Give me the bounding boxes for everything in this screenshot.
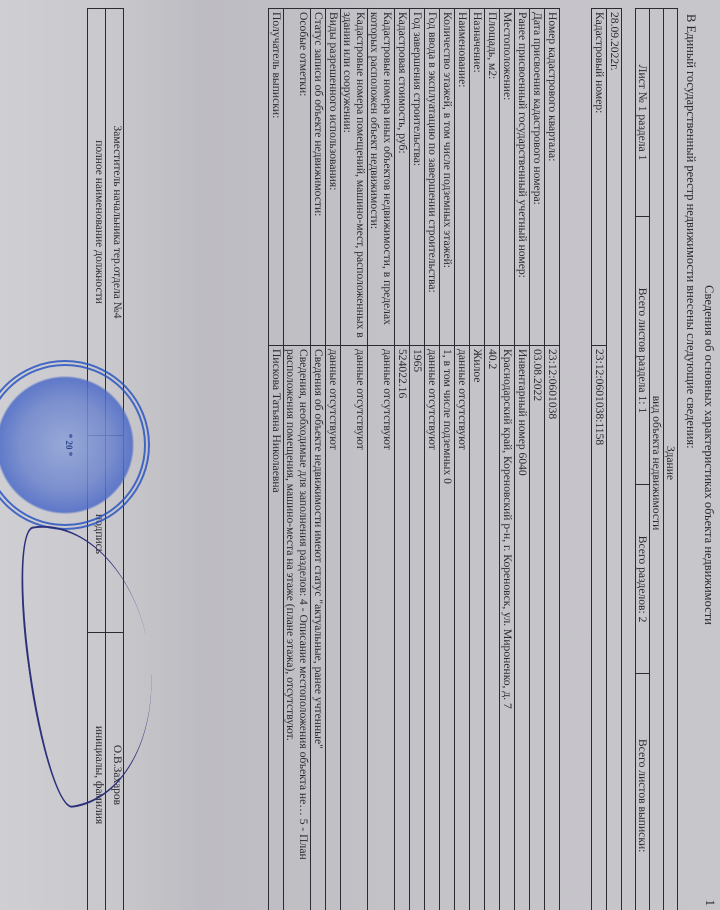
- sheet-number: Лист № 1 раздела 1: [636, 9, 650, 217]
- object-type-table: Здание вид объекта недвижимости Лист № 1…: [635, 8, 678, 910]
- object-type: Здание: [664, 9, 678, 910]
- row-value: 03.08.2022: [530, 346, 545, 910]
- row-value: 1965: [410, 346, 425, 910]
- row-label: Особые отметки:: [284, 9, 311, 346]
- row-label: Наименование:: [455, 9, 470, 346]
- row-value: 524022.16: [395, 346, 410, 910]
- table-row: Статус записи об объекте недвижимости:Св…: [311, 9, 326, 910]
- row-label: Кадастровые номера иных объектов недвижи…: [368, 9, 395, 346]
- table-row: Ранее присвоенный государственный учетны…: [515, 9, 530, 910]
- cadastral-number-label: Кадастровый номер:: [592, 9, 607, 346]
- row-label: Год ввода в эксплуатацию по завершении с…: [425, 9, 440, 346]
- table-row: Назначение:Жилое: [470, 9, 485, 910]
- total-sections: Всего разделов: 2: [636, 484, 650, 673]
- row-value: Инвентарный номер 6040: [515, 346, 530, 910]
- table-row: Номер кадастрового квартала:23:12:060103…: [545, 9, 560, 910]
- total-sheets-section: Всего листов раздела 1: 1: [636, 216, 650, 484]
- table-row: Год ввода в эксплуатацию по завершении с…: [425, 9, 440, 910]
- row-value: данные отсутствуют: [326, 346, 341, 910]
- row-value: 40.2: [485, 346, 500, 910]
- row-value: Пискова Татьяна Николаевна: [269, 346, 284, 910]
- row-label: Ранее присвоенный государственный учетны…: [515, 9, 530, 346]
- object-type-caption: вид объекта недвижимости: [650, 9, 664, 910]
- header-table: 28.09.2022г. Кадастровый номер: 23:12:06…: [591, 8, 622, 910]
- row-label: Назначение:: [470, 9, 485, 346]
- row-value: Жилое: [470, 346, 485, 910]
- row-value: данные отсутствуют: [425, 346, 440, 910]
- table-row: Местоположение:Краснодарский край, Корен…: [500, 9, 515, 910]
- row-value: Сведения, необходимые для заполнения раз…: [284, 346, 311, 910]
- total-sheets-extract: Всего листов выписки:: [636, 674, 650, 910]
- handwritten-signature-icon: [9, 513, 169, 811]
- official-stamp-icon: * 20 *: [0, 360, 150, 530]
- row-value: данные отсутствуют: [368, 346, 395, 910]
- intro-text: В Единый государственный реестр недвижим…: [683, 14, 698, 449]
- characteristics-table: Номер кадастрового квартала:23:12:060103…: [268, 8, 560, 910]
- extract-date: 28.09.2022г.: [607, 9, 622, 910]
- row-value: данные отсутствуют: [455, 346, 470, 910]
- row-label: Кадастровые номера помещений, машино-мес…: [341, 9, 368, 346]
- table-row: Кадастровые номера помещений, машино-мес…: [341, 9, 368, 910]
- row-label: Количество этажей, в том числе подземных…: [440, 9, 455, 346]
- table-row: Наименование:данные отсутствуют: [455, 9, 470, 910]
- row-label: Статус записи об объекте недвижимости:: [311, 9, 326, 346]
- table-row: Дата присвоения кадастрового номера:03.0…: [530, 9, 545, 910]
- table-row: Получатель выписки:Пискова Татьяна Никол…: [269, 9, 284, 910]
- table-row: Особые отметки:Сведения, необходимые для…: [284, 9, 311, 910]
- row-label: Местоположение:: [500, 9, 515, 346]
- row-value: Краснодарский край, Кореновский р-н, г. …: [500, 346, 515, 910]
- document-page: 1 Сведения об основных характеристиках о…: [0, 0, 720, 910]
- row-value: 23:12:0601038: [545, 346, 560, 910]
- row-label: Получатель выписки:: [269, 9, 284, 346]
- table-row: Площадь, м2:40.2: [485, 9, 500, 910]
- table-row: Виды разрешенного использования:данные о…: [326, 9, 341, 910]
- row-label: Дата присвоения кадастрового номера:: [530, 9, 545, 346]
- row-label: Виды разрешенного использования:: [326, 9, 341, 346]
- cadastral-number: 23:12:0601038:1158: [592, 346, 607, 910]
- table-row: Кадастровая стоимость, руб:524022.16: [395, 9, 410, 910]
- row-value: 1, в том числе подземных 0: [440, 346, 455, 910]
- table-row: Количество этажей, в том числе подземных…: [440, 9, 455, 910]
- row-value: данные отсутствуют: [341, 346, 368, 910]
- row-value: Сведения об объекте недвижимости имеют с…: [311, 346, 326, 910]
- table-row: Кадастровые номера иных объектов недвижи…: [368, 9, 395, 910]
- table-row: Год завершения строительства:1965: [410, 9, 425, 910]
- document-title: Сведения об основных характеристиках объ…: [701, 0, 716, 910]
- row-label: Кадастровая стоимость, руб:: [395, 9, 410, 346]
- row-label: Год завершения строительства:: [410, 9, 425, 346]
- row-label: Номер кадастрового квартала:: [545, 9, 560, 346]
- row-label: Площадь, м2:: [485, 9, 500, 346]
